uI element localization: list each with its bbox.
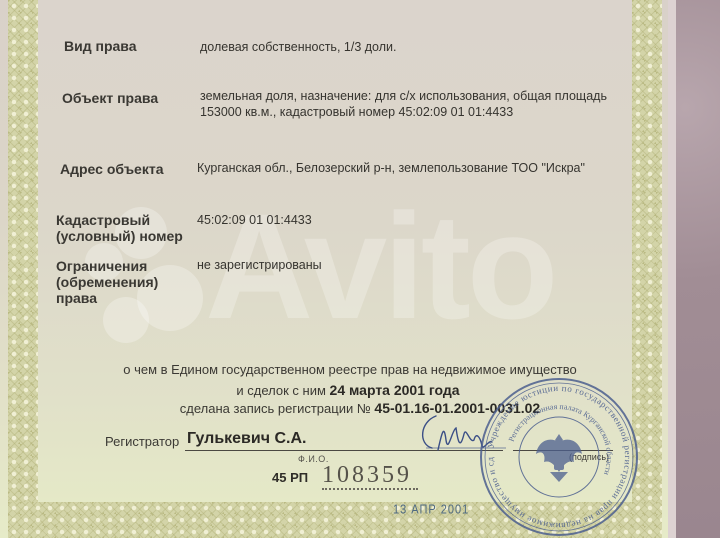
blank-number: 108359 [322, 462, 412, 489]
registration-date: 24 марта 2001 года [330, 382, 460, 398]
field-label: Вид права [64, 38, 137, 54]
eagle-emblem-icon [536, 434, 582, 482]
registrar-label: Регистратор [105, 434, 179, 449]
date-stamp: 13 АПР 2001 [393, 503, 469, 517]
ornamental-border-left [8, 0, 38, 538]
field-value-line: земельная доля, назначение: для с/х испо… [200, 88, 607, 104]
table-background [670, 0, 720, 538]
field-value: не зарегистрированы [197, 257, 322, 273]
field-label-line: (обременения) [56, 274, 158, 290]
record-text: и сделок с ним [236, 383, 329, 398]
field-label: Ограничения (обременения) права [56, 258, 158, 306]
field-label-line: права [56, 290, 158, 306]
field-label: Объект права [62, 90, 158, 106]
field-label: Адрес объекта [60, 161, 163, 177]
record-text: сделана запись регистрации № [180, 401, 375, 416]
field-label: Кадастровый (условный) номер [56, 212, 183, 244]
field-value: земельная доля, назначение: для с/х испо… [200, 88, 607, 120]
field-value: 45:02:09 01 01:4433 [197, 212, 312, 228]
field-label-line: (условный) номер [56, 228, 183, 244]
field-value: Курганская обл., Белозерский р-н, землеп… [197, 160, 585, 176]
field-value-line: 153000 кв.м., кадастровый номер 45:02:09… [200, 104, 607, 120]
field-label-line: Кадастровый [56, 212, 183, 228]
field-value: долевая собственность, 1/3 доли. [200, 39, 396, 55]
official-seal-icon: Учреждение юстиции по государственной ре… [476, 374, 642, 538]
field-label-line: Ограничения [56, 258, 158, 274]
registrar-name: Гулькевич С.А. [187, 430, 306, 448]
dotted-underline [322, 488, 418, 490]
blank-series: 45 РП [272, 470, 308, 485]
